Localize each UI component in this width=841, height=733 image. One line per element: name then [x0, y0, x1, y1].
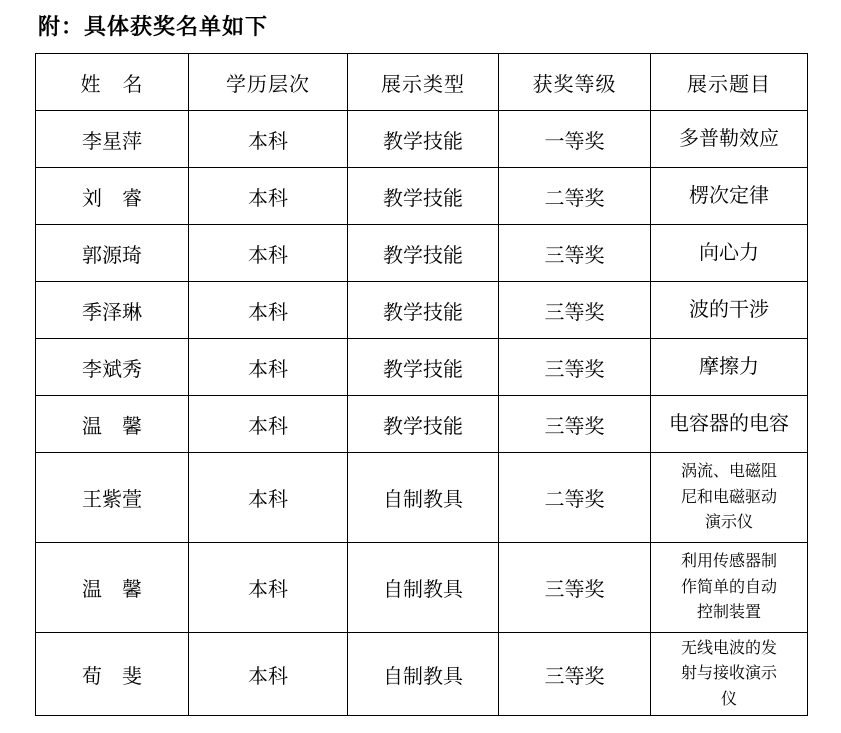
cell-topic: 波的干涉: [651, 282, 808, 339]
table-header-row: 姓 名 学历层次 展示类型 获奖等级 展示题目: [36, 54, 808, 111]
cell-name: 荀 斐: [36, 633, 189, 716]
cell-education: 本科: [189, 168, 348, 225]
cell-type: 教学技能: [348, 339, 499, 396]
cell-education: 本科: [189, 111, 348, 168]
cell-award: 三等奖: [499, 396, 651, 453]
awards-table: 姓 名 学历层次 展示类型 获奖等级 展示题目 李星萍 本科 教学技能 一等奖 …: [35, 53, 808, 716]
header-education: 学历层次: [189, 54, 348, 111]
cell-name: 温 馨: [36, 396, 189, 453]
cell-topic: 楞次定律: [651, 168, 808, 225]
cell-award: 三等奖: [499, 633, 651, 716]
cell-topic: 摩擦力: [651, 339, 808, 396]
cell-education: 本科: [189, 453, 348, 543]
attachment-title: 附：具体获奖名单如下: [38, 10, 268, 41]
table-row: 李星萍 本科 教学技能 一等奖 多普勒效应: [36, 111, 808, 168]
cell-education: 本科: [189, 225, 348, 282]
table-row: 荀 斐 本科 自制教具 三等奖 无线电波的发射与接收演示仪: [36, 633, 808, 716]
cell-award: 三等奖: [499, 282, 651, 339]
cell-education: 本科: [189, 339, 348, 396]
document-page: 附：具体获奖名单如下 姓 名 学历层次 展示类型 获奖等级 展示题目 李星萍 本…: [0, 0, 841, 733]
cell-type: 教学技能: [348, 168, 499, 225]
cell-name: 季泽琳: [36, 282, 189, 339]
table-row: 季泽琳 本科 教学技能 三等奖 波的干涉: [36, 282, 808, 339]
cell-type: 教学技能: [348, 225, 499, 282]
cell-award: 二等奖: [499, 168, 651, 225]
header-name: 姓 名: [36, 54, 189, 111]
table-row: 温 馨 本科 自制教具 三等奖 利用传感器制作简单的自动控制装置: [36, 543, 808, 633]
cell-award: 三等奖: [499, 225, 651, 282]
cell-name: 王紫萱: [36, 453, 189, 543]
cell-award: 一等奖: [499, 111, 651, 168]
cell-type: 教学技能: [348, 396, 499, 453]
cell-education: 本科: [189, 543, 348, 633]
cell-topic: 电容器的电容: [651, 396, 808, 453]
cell-name: 李星萍: [36, 111, 189, 168]
cell-topic: 无线电波的发射与接收演示仪: [651, 633, 808, 716]
cell-award: 二等奖: [499, 453, 651, 543]
table-row: 郭源琦 本科 教学技能 三等奖 向心力: [36, 225, 808, 282]
header-type: 展示类型: [348, 54, 499, 111]
table-row: 刘 睿 本科 教学技能 二等奖 楞次定律: [36, 168, 808, 225]
cell-type: 自制教具: [348, 543, 499, 633]
cell-name: 郭源琦: [36, 225, 189, 282]
cell-type: 教学技能: [348, 111, 499, 168]
cell-topic: 涡流、电磁阻尼和电磁驱动演示仪: [651, 453, 808, 543]
table-row: 温 馨 本科 教学技能 三等奖 电容器的电容: [36, 396, 808, 453]
cell-type: 教学技能: [348, 282, 499, 339]
table-row: 李斌秀 本科 教学技能 三等奖 摩擦力: [36, 339, 808, 396]
cell-education: 本科: [189, 633, 348, 716]
table-row: 王紫萱 本科 自制教具 二等奖 涡流、电磁阻尼和电磁驱动演示仪: [36, 453, 808, 543]
cell-type: 自制教具: [348, 633, 499, 716]
cell-topic: 多普勒效应: [651, 111, 808, 168]
cell-education: 本科: [189, 282, 348, 339]
header-topic: 展示题目: [651, 54, 808, 111]
cell-award: 三等奖: [499, 339, 651, 396]
header-award: 获奖等级: [499, 54, 651, 111]
cell-topic: 向心力: [651, 225, 808, 282]
cell-type: 自制教具: [348, 453, 499, 543]
cell-award: 三等奖: [499, 543, 651, 633]
cell-education: 本科: [189, 396, 348, 453]
cell-name: 温 馨: [36, 543, 189, 633]
cell-name: 刘 睿: [36, 168, 189, 225]
cell-name: 李斌秀: [36, 339, 189, 396]
cell-topic: 利用传感器制作简单的自动控制装置: [651, 543, 808, 633]
